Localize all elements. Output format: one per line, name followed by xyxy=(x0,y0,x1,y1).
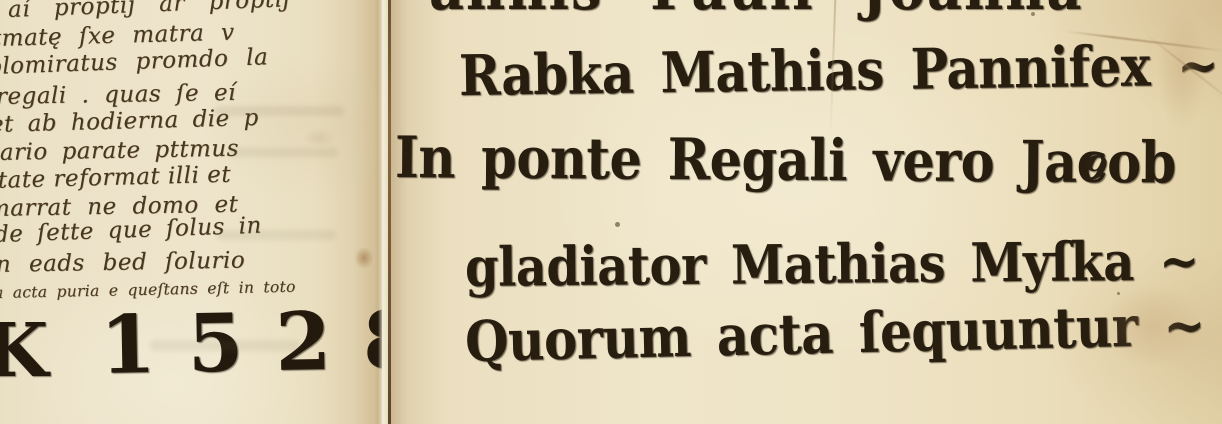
blackletter-line: Quorum acta ſequuntur ~ xyxy=(464,292,1205,375)
manuscript-photo: aí proptij ar proptij tmatę ſxe matra v … xyxy=(0,0,1222,424)
right-page: annis Pauli Joanna Rabka Mathias Pannife… xyxy=(391,0,1222,424)
cursive-line: aí proptij ar proptij xyxy=(8,0,291,23)
blackletter-line: gladiator Mathias Myſka ~ xyxy=(465,230,1199,299)
showthrough-mark xyxy=(228,148,338,157)
blackletter-line: In ponte Regali vero Jacob xyxy=(395,124,1176,197)
cursive-line: et ab hodierna die p xyxy=(0,105,259,138)
left-page: aí proptij ar proptij tmatę ſxe matra v … xyxy=(0,0,382,424)
blackletter-line-cropped: annis Pauli Joanna xyxy=(429,0,1084,23)
ink-speck xyxy=(615,222,620,227)
year-line: K1528 xyxy=(0,292,382,388)
cursive-line: itate reformat illi et xyxy=(0,162,231,194)
paper-stain xyxy=(296,124,342,152)
cursive-line: in eads bed ſolurio xyxy=(0,248,245,278)
page-edge-highlight xyxy=(378,0,388,424)
cropped-initial-glyph: K xyxy=(0,314,48,388)
year-1528: 1528 xyxy=(100,299,382,385)
blackletter-line: Rabka Mathias Pannifex ~ xyxy=(459,32,1219,109)
